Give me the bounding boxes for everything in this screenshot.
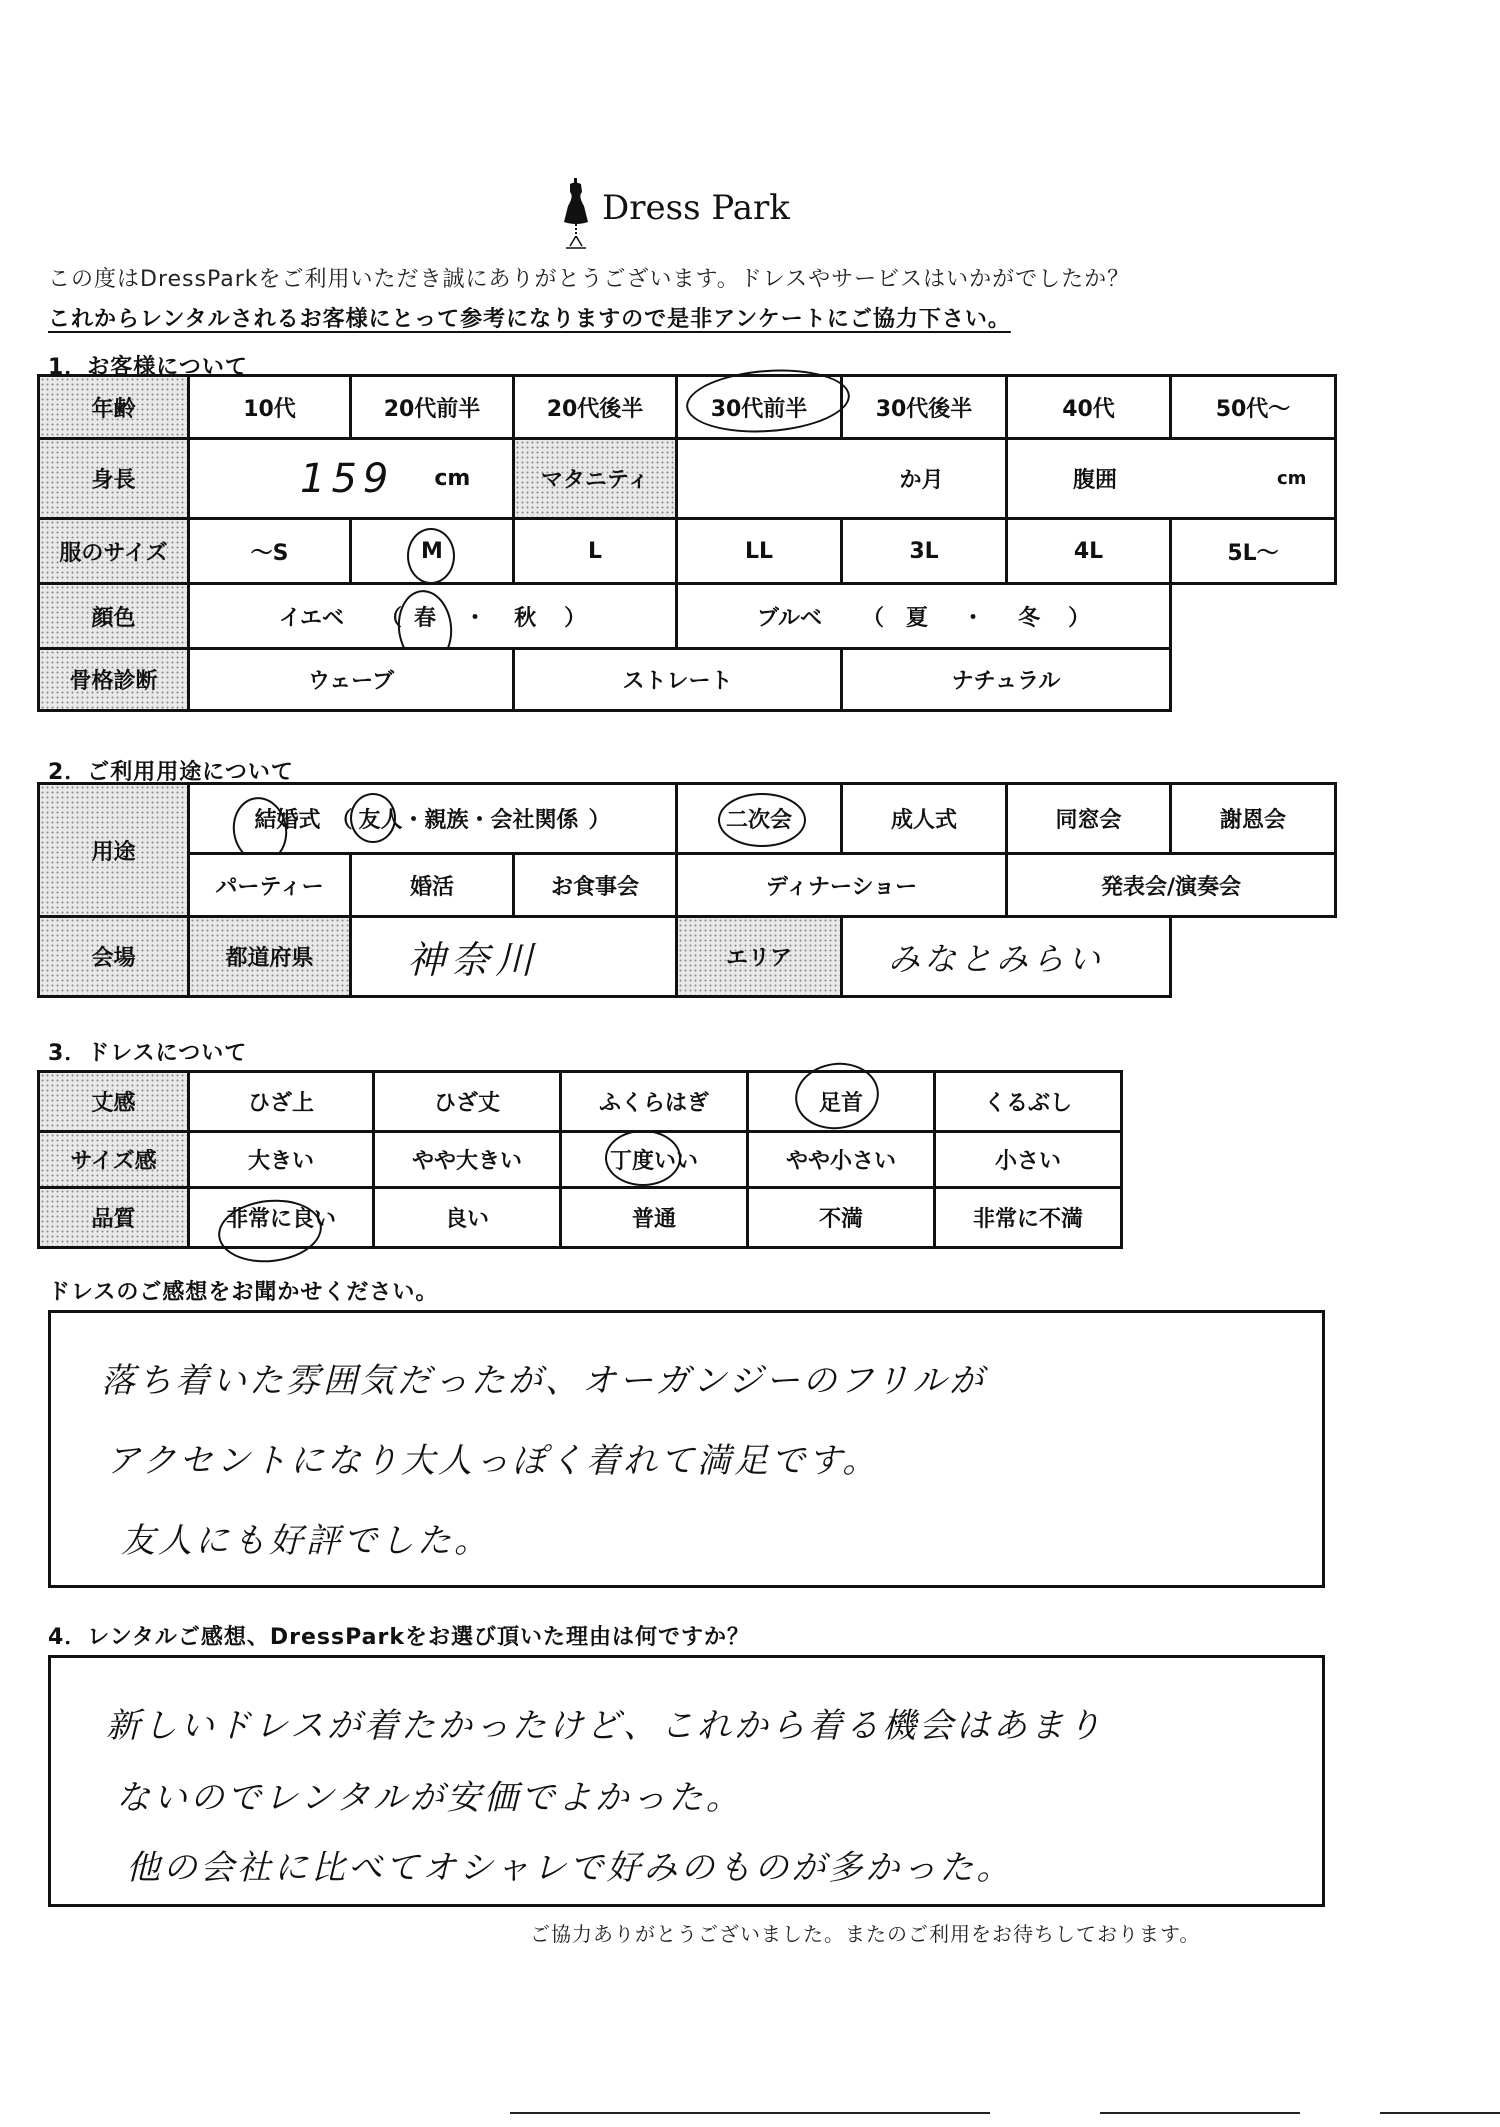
comment-line: 落ち着いた雰囲気だったが、オーガンジーのフリルが <box>101 1353 986 1402</box>
scan-artifact-line <box>1380 2112 1500 2114</box>
maternity-label: マタニティ <box>512 437 678 520</box>
purpose-label: 用途 <box>37 782 190 918</box>
purpose-option[interactable]: お食事会 <box>512 852 678 918</box>
paren: ） <box>589 803 611 834</box>
quality-label: 品質 <box>37 1186 190 1249</box>
quality-option[interactable]: 普通 <box>559 1186 749 1249</box>
winter-option[interactable]: 冬 <box>1018 601 1040 632</box>
paren: ） <box>564 601 586 632</box>
paren: （ <box>330 803 352 834</box>
paren: （ <box>380 601 402 632</box>
separator: ・ <box>962 601 984 632</box>
size-option[interactable]: 5L～ <box>1169 517 1337 585</box>
size-label: 服のサイズ <box>37 517 190 585</box>
purpose-option[interactable]: 成人式 <box>840 782 1008 855</box>
area-label: エリア <box>675 915 843 998</box>
dress-comment-prompt: ドレスのご感想をお聞かせください。 <box>48 1275 438 1306</box>
size-option[interactable]: 4L <box>1005 517 1172 585</box>
yellow-base-option[interactable]: イエベ （ 春 ・ 秋 ） <box>187 582 678 650</box>
size-option[interactable]: LL <box>675 517 843 585</box>
age-option[interactable]: 10代 <box>187 374 352 440</box>
maternity-field[interactable]: か月 <box>675 437 1008 520</box>
age-option-selected[interactable]: 30代前半 <box>675 374 843 440</box>
rental-comment-box[interactable]: 新しいドレスが着たかったけど、これから着る機会はあまり ないのでレンタルが安価で… <box>48 1655 1325 1907</box>
purpose-option[interactable]: 発表会/演奏会 <box>1005 852 1337 918</box>
size-option[interactable]: 3L <box>840 517 1008 585</box>
venue-label: 会場 <box>37 915 190 998</box>
wedding-company-option[interactable]: 会社関係 <box>491 803 579 834</box>
prefecture-label: 都道府県 <box>187 915 352 998</box>
comment-line: アクセントになり大人っぽく着れて満足です。 <box>106 1433 879 1482</box>
purpose-option[interactable]: 婚活 <box>349 852 515 918</box>
dresspark-logo: Dress Park <box>560 178 800 250</box>
paren: ） <box>1068 601 1090 632</box>
length-label: 丈感 <box>37 1070 190 1133</box>
area-value: みなとみらい <box>888 934 1104 980</box>
brand-name: Dress Park <box>602 188 790 228</box>
height-label: 身長 <box>37 437 190 520</box>
length-option[interactable]: ふくらはぎ <box>559 1070 749 1133</box>
quality-option[interactable]: 不満 <box>746 1186 936 1249</box>
waist-field[interactable]: 腹囲 cm <box>1005 437 1337 520</box>
age-label: 年齢 <box>37 374 190 440</box>
waist-label: 腹囲 <box>1073 463 1117 494</box>
wedding-label[interactable]: 結婚式 <box>254 803 320 834</box>
dress-form-icon <box>560 178 596 250</box>
fit-option[interactable]: やや大きい <box>372 1130 562 1189</box>
maternity-unit: か月 <box>899 463 943 494</box>
skeleton-label: 骨格診断 <box>37 647 190 712</box>
size-option[interactable]: L <box>512 517 678 585</box>
separator: ・ <box>469 803 491 834</box>
blue-base-label: ブルベ <box>757 601 822 632</box>
intro-text: この度はDressParkをご利用いただき誠にありがとうございます。ドレスやサー… <box>48 262 1130 293</box>
size-option-selected[interactable]: M <box>349 517 515 585</box>
fit-label: サイズ感 <box>37 1130 190 1189</box>
fit-option[interactable]: やや小さい <box>746 1130 936 1189</box>
section4-title: 4．レンタルご感想、DressParkをお選び頂いた理由は何ですか？ <box>48 1620 750 1651</box>
purpose-option-selected[interactable]: 二次会 <box>675 782 843 855</box>
comment-line: 他の会社に比べてオシャレで好みのものが多かった。 <box>126 1840 1013 1889</box>
intro-request: これからレンタルされるお客様にとって参考になりますので是非アンケートにご協力下さ… <box>48 302 1011 333</box>
height-value: 159 <box>300 456 394 502</box>
length-option-selected[interactable]: 足首 <box>746 1070 936 1133</box>
waist-unit: cm <box>1277 468 1306 489</box>
age-option[interactable]: 20代前半 <box>349 374 515 440</box>
prefecture-field[interactable]: 神奈川 <box>349 915 678 998</box>
height-field[interactable]: 159 cm <box>187 437 515 520</box>
wedding-friend-option[interactable]: 友人 <box>358 803 402 834</box>
quality-option[interactable]: 良い <box>372 1186 562 1249</box>
skeleton-option[interactable]: ウェーブ <box>187 647 515 712</box>
autumn-option[interactable]: 秋 <box>514 601 536 632</box>
area-field[interactable]: みなとみらい <box>840 915 1172 998</box>
length-option[interactable]: くるぶし <box>933 1070 1123 1133</box>
separator: ・ <box>402 803 424 834</box>
quality-option[interactable]: 非常に不満 <box>933 1186 1123 1249</box>
age-option[interactable]: 20代後半 <box>512 374 678 440</box>
complexion-label: 顔色 <box>37 582 190 650</box>
scan-artifact-line <box>510 2112 990 2114</box>
purpose-option[interactable]: 謝恩会 <box>1169 782 1337 855</box>
fit-option[interactable]: 大きい <box>187 1130 375 1189</box>
fit-option[interactable]: 小さい <box>933 1130 1123 1189</box>
skeleton-option[interactable]: ストレート <box>512 647 843 712</box>
comment-line: ないのでレンタルが安価でよかった。 <box>116 1770 743 1819</box>
wedding-option[interactable]: 結婚式 （ 友人 ・ 親族 ・ 会社関係 ） <box>187 782 678 855</box>
skeleton-option[interactable]: ナチュラル <box>840 647 1172 712</box>
spring-option[interactable]: 春 <box>414 601 436 632</box>
age-option[interactable]: 30代後半 <box>840 374 1008 440</box>
thanks-footer: ご協力ありがとうございました。またのご利用をお待ちしております。 <box>530 1918 1200 1947</box>
age-option[interactable]: 50代～ <box>1169 374 1337 440</box>
length-option[interactable]: ひざ上 <box>187 1070 375 1133</box>
summer-option[interactable]: 夏 <box>906 601 928 632</box>
purpose-option[interactable]: パーティー <box>187 852 352 918</box>
paren: （ <box>862 601 884 632</box>
wedding-family-option[interactable]: 親族 <box>425 803 469 834</box>
quality-option-selected[interactable]: 非常に良い <box>187 1186 375 1249</box>
prefecture-value: 神奈川 <box>407 929 539 984</box>
purpose-option[interactable]: 同窓会 <box>1005 782 1172 855</box>
length-option[interactable]: ひざ丈 <box>372 1070 562 1133</box>
comment-line: 友人にも好評でした。 <box>121 1513 491 1562</box>
section3-title: 3．ドレスについて <box>48 1036 247 1067</box>
blue-base-option[interactable]: ブルベ （ 夏 ・ 冬 ） <box>675 582 1172 650</box>
fit-option-selected[interactable]: 丁度いい <box>559 1130 749 1189</box>
separator: ・ <box>464 601 486 632</box>
scan-artifact-line <box>1100 2112 1300 2114</box>
age-option[interactable]: 40代 <box>1005 374 1172 440</box>
size-option[interactable]: ～S <box>187 517 352 585</box>
height-unit: cm <box>434 466 470 491</box>
yellow-base-label: イエベ <box>279 601 344 632</box>
comment-line: 新しいドレスが着たかったけど、これから着る機会はあまり <box>106 1698 1104 1747</box>
purpose-option[interactable]: ディナーショー <box>675 852 1008 918</box>
dress-comment-box[interactable]: 落ち着いた雰囲気だったが、オーガンジーのフリルが アクセントになり大人っぽく着れ… <box>48 1310 1325 1588</box>
